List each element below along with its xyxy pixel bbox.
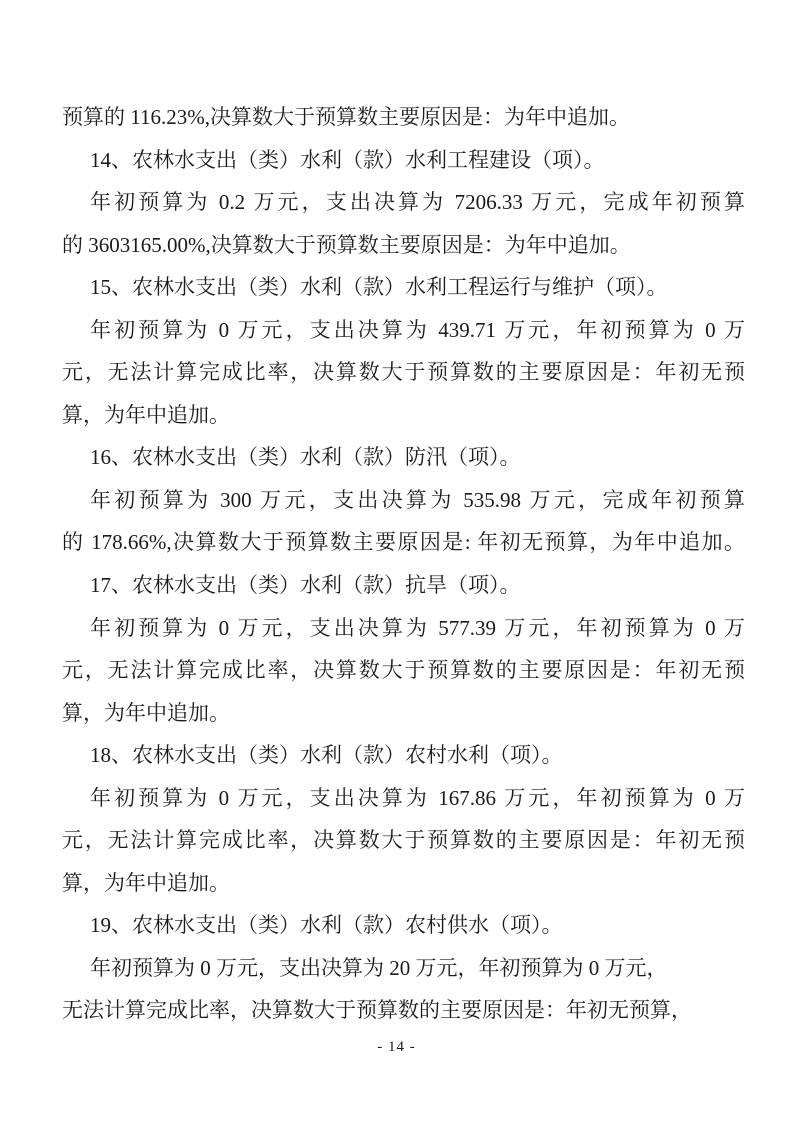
text-line: 14、农林水支出（类）水利（款）水利工程建设（项）。 — [62, 139, 745, 182]
text-line: 年初预算为 0.2 万元，支出决算为 7206.33 万元，完成年初预算 — [62, 181, 745, 224]
text-line: 17、农林水支出（类）水利（款）抗旱（项）。 — [62, 564, 745, 607]
text-line: 算，为年中追加。 — [62, 692, 745, 735]
text-line: 算，为年中追加。 — [62, 862, 745, 905]
text-line: 18、农林水支出（类）水利（款）农村水利（项）。 — [62, 734, 745, 777]
text-line: 元，无法计算完成比率，决算数大于预算数的主要原因是：年初无预 — [62, 649, 745, 692]
text-line: 年初预算为 0 万元，支出决算为 439.71 万元，年初预算为 0 万 — [62, 309, 745, 352]
text-line: 预算的 116.23%,决算数大于预算数主要原因是：为年中追加。 — [62, 96, 745, 139]
document-page: 预算的 116.23%,决算数大于预算数主要原因是：为年中追加。 14、农林水支… — [0, 0, 793, 1122]
text-line: 16、农林水支出（类）水利（款）防汛（项）。 — [62, 436, 745, 479]
document-body: 预算的 116.23%,决算数大于预算数主要原因是：为年中追加。 14、农林水支… — [62, 96, 745, 1032]
text-line: 的 3603165.00%,决算数大于预算数主要原因是：为年中追加。 — [62, 224, 745, 267]
text-line: 元，无法计算完成比率，决算数大于预算数的主要原因是：年初无预 — [62, 819, 745, 862]
page-number: - 14 - — [0, 1036, 793, 1058]
text-line: 年初预算为 0 万元，支出决算为 577.39 万元，年初预算为 0 万 — [62, 607, 745, 650]
text-line: 年初预算为 0 万元，支出决算为 20 万元，年初预算为 0 万元， — [62, 947, 745, 990]
text-line: 无法计算完成比率，决算数大于预算数的主要原因是：年初无预算， — [62, 989, 745, 1032]
text-line: 算，为年中追加。 — [62, 394, 745, 437]
text-line: 的 178.66%,决算数大于预算数主要原因是: 年初无预算，为年中追加。 — [62, 521, 745, 564]
text-line: 15、农林水支出（类）水利（款）水利工程运行与维护（项）。 — [62, 266, 745, 309]
text-line: 年初预算为 300 万元，支出决算为 535.98 万元，完成年初预算 — [62, 479, 745, 522]
text-line: 19、农林水支出（类）水利（款）农村供水（项）。 — [62, 904, 745, 947]
text-line: 元，无法计算完成比率，决算数大于预算数的主要原因是：年初无预 — [62, 351, 745, 394]
text-line: 年初预算为 0 万元，支出决算为 167.86 万元，年初预算为 0 万 — [62, 777, 745, 820]
